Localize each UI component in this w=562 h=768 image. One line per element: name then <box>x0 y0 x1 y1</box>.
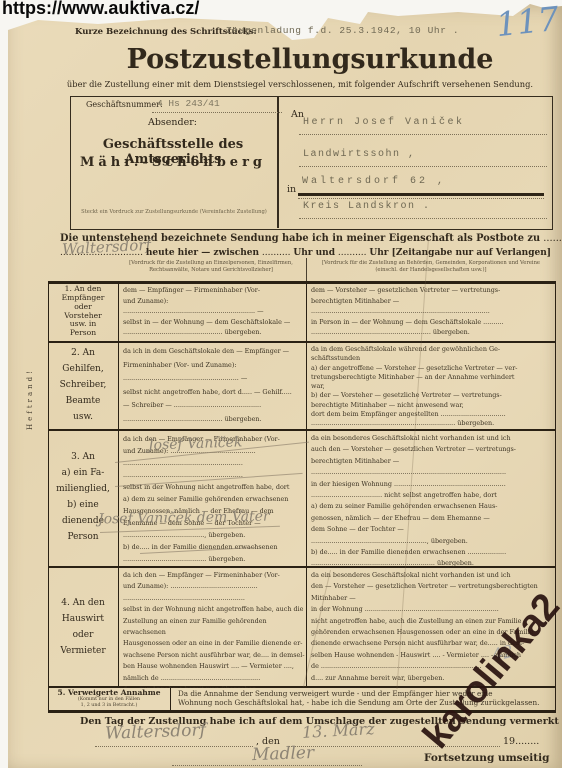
text-line: auch den — Vorsteher — gesetzlichen Vert… <box>311 444 557 455</box>
text-line: 3. An <box>50 449 116 465</box>
dotted-line <box>299 133 547 135</box>
intro-lead-dots: ............................. <box>60 248 143 258</box>
scanned-document-page: { "watermarks": { "site_url": "https://w… <box>0 0 562 768</box>
text-line: 4. An den <box>50 595 116 611</box>
text-line: milienglied, <box>50 481 116 497</box>
site-watermark: https://www.auktiva.cz/ <box>2 0 199 19</box>
row2-label: 2. AnGehilfen,Schreiber,Beamteusw. <box>50 346 116 424</box>
text-line: nämlich de .............................… <box>123 673 307 684</box>
text-line: da ich in dem Geschäftslokale den — Empf… <box>123 345 307 359</box>
table-label-divider <box>118 281 119 686</box>
text-line: oder <box>50 627 116 643</box>
intro-uhr-note: Uhr [Zeitangabe nur auf Verlangen] <box>369 248 551 258</box>
intro-dots2: .......... <box>262 248 291 258</box>
doc-short-description-value: Zeugenladung f.d. 25.3.1942, 10 Uhr . <box>226 25 459 36</box>
text-line: wachsene Person nicht ausführbar war, de… <box>123 650 307 661</box>
text-line: a) dem zu seiner Familie gehörenden erwa… <box>123 493 307 505</box>
text-line: ........................................… <box>311 419 557 428</box>
column-note-left: [Vordruck für die Zustellung an Einzelpe… <box>122 260 300 274</box>
file-number-value: 4 Hs 243/41 <box>157 98 220 109</box>
row3-label: 3. Ana) ein Fa-milienglied,b) einedienen… <box>50 434 116 560</box>
text-line: in der hiesigen Wohnung ................… <box>311 479 557 490</box>
row1-right-cell: dem — Vorsteher — gesetzlichen Vertreter… <box>308 283 560 343</box>
text-line: Person <box>50 329 116 338</box>
dotted-line <box>299 217 547 219</box>
intro-dots3: .......... <box>338 248 367 258</box>
text-line: schäftsstunden <box>311 354 557 363</box>
dotted-line <box>152 111 282 113</box>
text-line: ........................................… <box>311 327 557 338</box>
addressee-place: Waltersdorf 62 , <box>302 176 446 187</box>
text-line: ........................................… <box>123 372 307 386</box>
text-line: berechtigte Mitinhaber — nicht anwesend … <box>311 401 557 410</box>
sender-name-line2: Mähr.-Schönberg <box>74 155 272 170</box>
text-line: dem — Empfänger — Firmeninhaber (Vor- <box>123 285 307 296</box>
text-line: b) der — Vorsteher — gesetzliche Vertret… <box>311 391 557 400</box>
text-line: berechtigten Mitinhaber — <box>311 456 557 467</box>
dotted-line <box>299 165 547 167</box>
text-line: a) ein Fa- <box>50 465 116 481</box>
pencil-signature: Madler <box>252 743 315 765</box>
footer-continuation: Fortsetzung umseitig <box>424 752 549 764</box>
pencil-place-footer: Waltersdorf <box>105 720 206 744</box>
text-line: ........................................… <box>123 306 307 317</box>
text-line: ........................................… <box>311 536 557 547</box>
text-line: 2. An <box>50 345 116 361</box>
text-line: Schreiber, <box>50 377 116 393</box>
text-line: selbst in — der Wohnung — dem Geschäftsl… <box>123 317 307 328</box>
page-title: Postzustellungsurkunde <box>70 44 550 75</box>
text-line: ........................................… <box>123 413 307 427</box>
footer-year-dots: ........ <box>515 736 539 747</box>
row5-label-main: 5. Verweigerte Annahme <box>50 688 168 697</box>
intro-heute-hier: heute hier — zwischen <box>146 248 259 258</box>
text-line: 1, 2 und 3 in Betracht.) <box>50 703 168 709</box>
address-box-divider <box>277 96 279 228</box>
address-underline <box>298 193 544 196</box>
text-line: usw. <box>50 409 116 425</box>
text-line: war, <box>311 382 557 391</box>
row2-left-cell: da ich in dem Geschäftslokale den — Empf… <box>120 343 310 431</box>
pencil-date-footer: 13. März <box>302 719 375 742</box>
text-line: da ein besonderes Geschäftslokal nicht v… <box>311 570 557 581</box>
footer-year-label: 19 <box>503 736 515 747</box>
row2-right-cell: da in dem Geschäftslokale während der ge… <box>308 343 560 431</box>
sender-label: Absender: <box>80 117 265 128</box>
text-line: da in dem Geschäftslokale während der ge… <box>311 345 557 354</box>
text-line: Wohnung noch Geschäftslokal hat, - habe … <box>178 698 556 707</box>
heftrand-margin-label: Heftrand! <box>26 368 34 430</box>
text-line: tretungsberechtigte Mitinhaber — an der … <box>311 373 557 382</box>
text-line: a) der angetroffene — Vorsteher — gesetz… <box>311 364 557 373</box>
text-line: berechtigten Mitinhaber — <box>311 296 557 307</box>
sender-small-note: Steckt ein Vordruck zur Zustellungsurkun… <box>78 209 270 215</box>
column-note-right: [Vordruck für die Zustellung an Behörden… <box>318 260 544 274</box>
text-line: ........................................… <box>311 467 557 478</box>
text-line: ................................... nich… <box>311 490 557 501</box>
text-line: da ich den — Empfänger — Firmeninhaber (… <box>123 570 307 581</box>
addressee-name: Herrn Josef Vaniček <box>303 117 465 128</box>
row4-label: 4. An denHauswirtoderVermieter <box>50 572 116 682</box>
file-number-label: Geschäftsnummer: <box>86 100 163 109</box>
row5-label-sub: (Kommt nur in den Fällen1, 2 und 3 in Be… <box>50 697 168 709</box>
text-line: ben Hause wohnenden Hauswirt .... — Verm… <box>123 661 307 672</box>
text-line: ........................................… <box>311 558 557 568</box>
intro-uhr-und: Uhr und <box>293 248 335 258</box>
note-divider <box>306 258 307 281</box>
pencil-page-number: 117 <box>494 0 561 44</box>
text-line: ........................................… <box>123 553 307 565</box>
text-line: Gehilfen, <box>50 361 116 377</box>
row3-right-cell: da ein besonderes Geschäftslokal nicht v… <box>308 431 560 568</box>
text-line: Zustellung an einen zur Familie gehörend… <box>123 616 307 639</box>
text-line: in Person in — der Wohnung — dem Geschäf… <box>311 317 557 328</box>
text-line: Vermieter <box>50 643 116 659</box>
text-line: d.... zur Annahme bereit war, übergeben. <box>311 673 557 684</box>
row1-left-cell: dem — Empfänger — Firmeninhaber (Vor-und… <box>120 283 310 343</box>
page-subtitle: über die Zustellung einer mit dem Dienst… <box>60 79 540 89</box>
intro-line1-dots: .................. <box>543 233 562 244</box>
text-line: Firmeninhaber (Vor- und Zuname): <box>123 359 307 373</box>
addressee-in-label: in <box>287 184 296 195</box>
text-line: Beamte <box>50 393 116 409</box>
text-line: ........................................… <box>311 306 557 317</box>
row5-divider <box>170 686 171 710</box>
text-line: und Zuname): <box>123 296 307 307</box>
text-line: dort dem beim Empfänger angestellten ...… <box>311 410 557 419</box>
table-border-left <box>48 281 49 712</box>
text-line: a) dem zu seiner Familie gehörenden erwa… <box>311 501 557 512</box>
text-line: ........................................… <box>123 593 307 604</box>
addressee-district: Kreis Landskron . <box>303 201 431 212</box>
text-line: selbst in der Wohnung nicht angetroffen … <box>123 604 307 615</box>
dotted-line <box>95 745 253 747</box>
text-line: dem — Vorsteher — gesetzlichen Vertreter… <box>311 285 557 296</box>
text-line: selbst nicht angetroffen habe, dort d...… <box>123 386 307 400</box>
text-line: den — Vorsteher — gesetzlichen Vertreter… <box>311 581 557 592</box>
text-line: — Schreiber — ..........................… <box>123 399 307 413</box>
text-line: ........................................… <box>123 327 307 338</box>
dotted-line <box>288 745 500 747</box>
text-line: b) de..... in der Familie dienenden erwa… <box>123 541 307 553</box>
text-line: dem Sohne — der Tochter — <box>311 524 557 535</box>
text-line: da ein besonderes Geschäftslokal nicht v… <box>311 433 557 444</box>
addressee-occupation: Landwirtssohn , <box>303 149 416 160</box>
text-line: Hausgenossen oder an eine in der Familie… <box>123 638 307 649</box>
dotted-line <box>298 197 544 199</box>
text-line: und Zuname): ...........................… <box>123 581 307 592</box>
pencil-delivered-to: Josef Vaníček dem Vater <box>98 509 270 528</box>
row4-left-cell: da ich den — Empfänger — Firmeninhaber (… <box>120 568 310 688</box>
text-line: b) de..... in der Familie dienenden erwa… <box>311 547 557 558</box>
text-line: Hauswirt <box>50 611 116 627</box>
row1-label: 1. An denEmpfängeroderVorsteherusw. inPe… <box>50 284 116 339</box>
text-line: genossen, nämlich — der Ehefrau — dem Eh… <box>311 513 557 524</box>
